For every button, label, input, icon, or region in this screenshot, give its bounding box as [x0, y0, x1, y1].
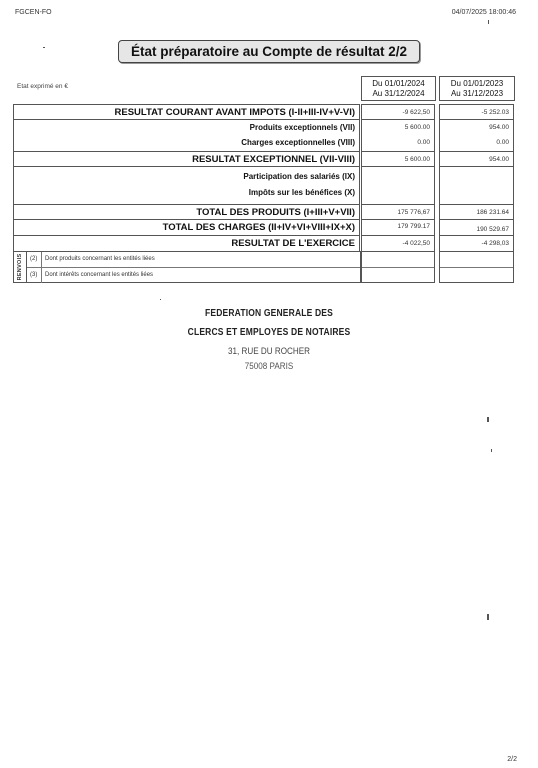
company-code: FGCEN-FO [15, 9, 52, 16]
period-start: Du 01/01/2023 [451, 79, 504, 89]
renvoi-number: (3) [30, 272, 37, 278]
row-label: TOTAL DES PRODUITS (I+III+V+VII) [196, 207, 355, 218]
row-value-2024: -4 022,50 [403, 240, 430, 247]
row-value-2023: 954.00 [489, 156, 509, 163]
row-value-2023: -4 298,03 [482, 240, 509, 247]
row-value-2024: 179 799.17 [397, 223, 430, 230]
renvois-label-cell: RENVOIS [13, 251, 27, 283]
scan-speck [487, 417, 489, 422]
row-value-2024: 175 776,67 [397, 209, 430, 216]
scan-speck [43, 47, 45, 48]
row-value-2024: 5 600.00 [405, 156, 430, 163]
period-header-2023: Du 01/01/2023 Au 31/12/2023 [439, 76, 515, 101]
period-start: Du 01/01/2024 [372, 79, 425, 89]
row-label: RESULTAT DE L'EXERCICE [231, 238, 355, 249]
row-label: RESULTAT EXCEPTIONNEL (VII-VIII) [192, 154, 355, 165]
print-timestamp: 04/07/2025 18:00:46 [452, 9, 516, 16]
org-name-line2: CLERCS ET EMPLOYES DE NOTAIRES [40, 327, 497, 338]
row-value-2023: 186 231.64 [476, 209, 509, 216]
renvois-label: RENVOIS [17, 254, 23, 281]
org-address: 31, RUE DU ROCHER [27, 346, 511, 356]
row-value-2023: 190 529.67 [476, 226, 509, 233]
page-title: État préparatoire au Compte de résultat … [118, 40, 420, 63]
row-value-2024: 0.00 [417, 139, 430, 146]
period-end: Au 31/12/2023 [451, 89, 503, 99]
renvoi-text: Dont intérêts concernant les entités lié… [45, 272, 153, 278]
row-label: TOTAL DES CHARGES (II+IV+VI+VIII+IX+X) [163, 222, 355, 233]
renvois-notes: (2) Dont produits concernant les entités… [27, 251, 361, 283]
row-value-2023: 954.00 [489, 124, 509, 131]
renvois-values-2023 [439, 251, 514, 283]
row-value-2023: 0.00 [496, 139, 509, 146]
row-value-2023: -5 252.03 [482, 109, 509, 116]
scan-speck [488, 20, 489, 24]
renvois-values-2024 [361, 251, 435, 283]
row-value-2024: 5 600.00 [405, 124, 430, 131]
row-label: Impôts sur les bénéfices (X) [249, 188, 355, 197]
currency-unit-label: Etat exprimé en € [17, 83, 68, 90]
page-number: 2/2 [507, 756, 517, 763]
org-name-line1: FEDERATION GENERALE DES [40, 308, 497, 319]
period-end: Au 31/12/2024 [372, 89, 424, 99]
scan-speck [487, 614, 489, 620]
page-title-text: État préparatoire au Compte de résultat … [131, 44, 407, 59]
row-value-2024: -9 622,50 [403, 109, 430, 116]
renvoi-text: Dont produits concernant les entités lié… [45, 256, 155, 262]
row-label: Participation des salariés (IX) [243, 172, 355, 181]
period-header-2024: Du 01/01/2024 Au 31/12/2024 [361, 76, 436, 101]
scan-speck [160, 299, 161, 300]
row-label: RESULTAT COURANT AVANT IMPOTS (I-II+III-… [115, 107, 356, 118]
scan-speck [491, 449, 492, 452]
renvoi-number: (2) [30, 256, 37, 262]
row-label: Produits exceptionnels (VII) [250, 123, 355, 132]
row-label: Charges exceptionnelles (VIII) [241, 138, 355, 147]
org-city: 75008 PARIS [27, 361, 511, 371]
